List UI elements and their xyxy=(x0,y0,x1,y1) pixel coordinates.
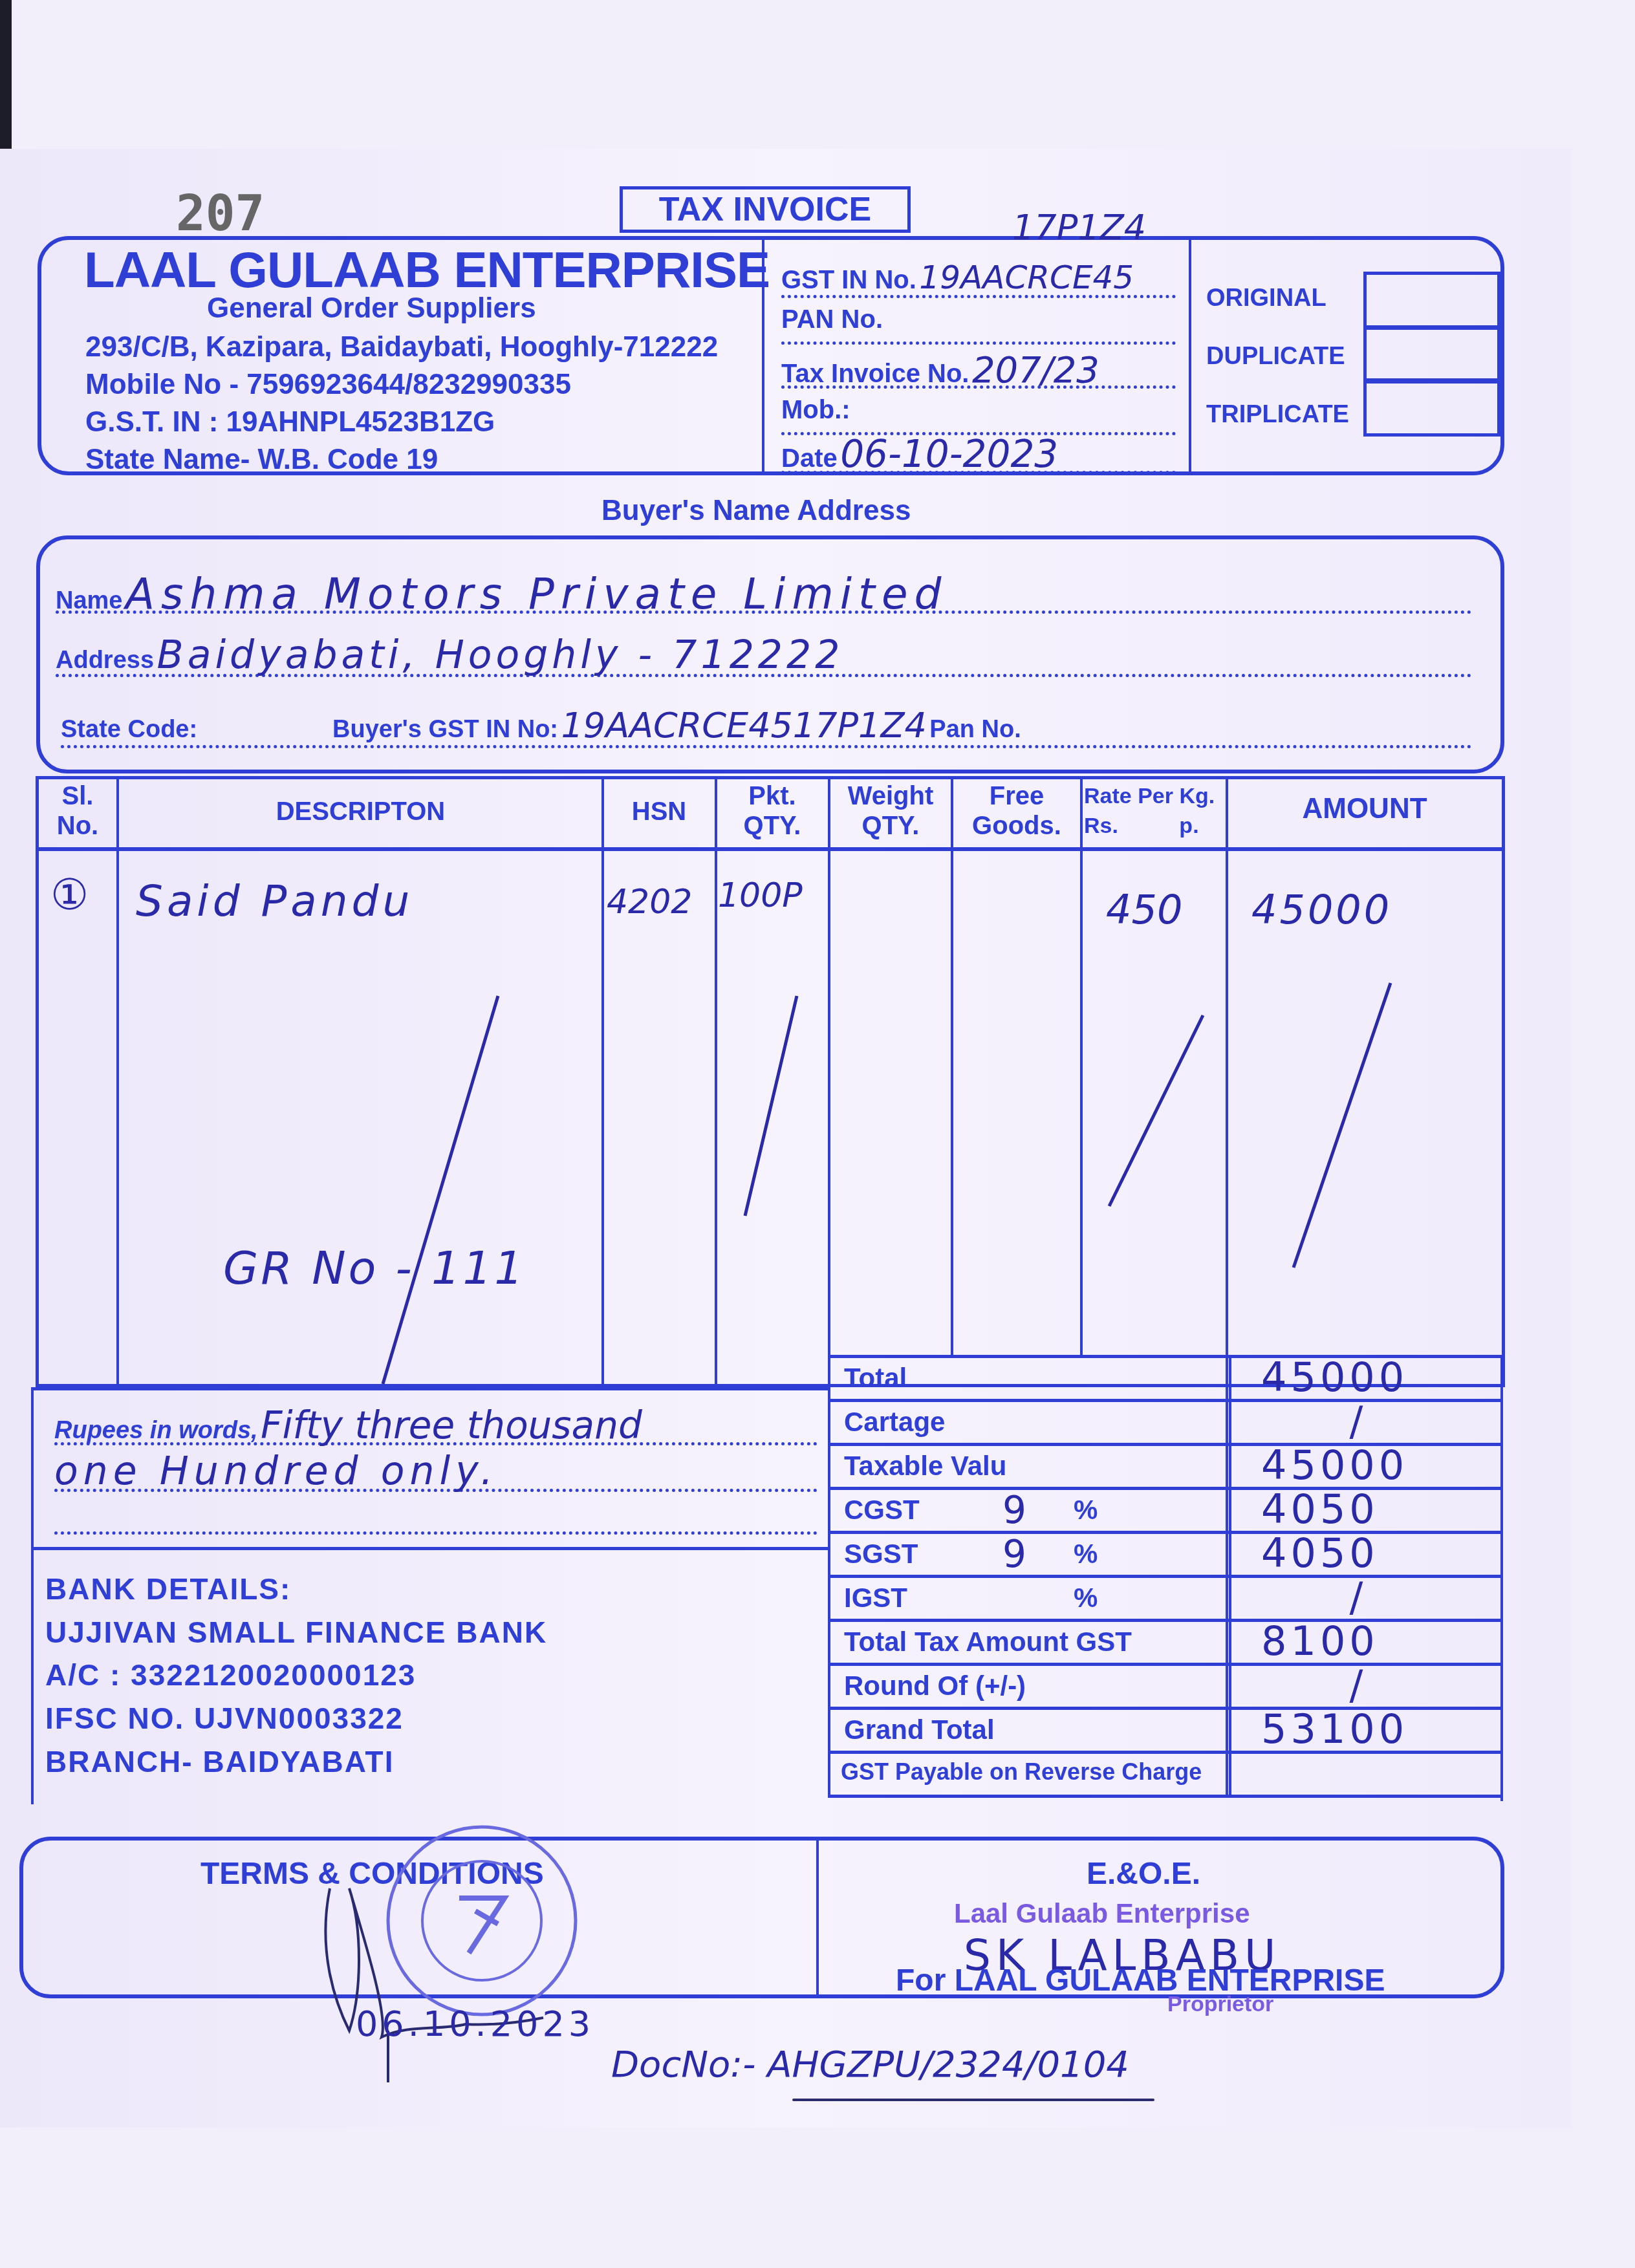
summary-label: Total Tax Amount GST xyxy=(844,1626,1132,1658)
words-left-border xyxy=(31,1387,34,1804)
stamp-company: Laal Gulaab Enterprise xyxy=(954,1898,1250,1929)
bank-heading: BANK DETAILS: xyxy=(45,1571,291,1606)
summary-value: 8100 xyxy=(1242,1617,1494,1665)
summary-label: IGST xyxy=(844,1582,907,1614)
summary-value-divider xyxy=(1229,1355,1231,1795)
summary-right-border xyxy=(1500,1355,1503,1801)
summary-value: 4050 xyxy=(1242,1529,1494,1577)
amount-words-line1: Fifty three thousand xyxy=(261,1403,642,1447)
summary-percent: % xyxy=(1074,1495,1098,1526)
summary-label: Cartage xyxy=(844,1407,945,1438)
bank-account: A/C : 3322120020000123 xyxy=(45,1658,416,1692)
summary-label: GST Payable on Reverse Charge xyxy=(841,1758,1202,1786)
summary-value: 53100 xyxy=(1242,1705,1494,1753)
summary-label: Round Of (+/-) xyxy=(844,1670,1026,1701)
words-bottom-line xyxy=(32,1547,829,1550)
summary-value: 45000 xyxy=(1242,1354,1494,1401)
summary-value: / xyxy=(1242,1573,1475,1621)
doc-number-underline xyxy=(792,2099,1154,2101)
footer-divider xyxy=(816,1839,819,1996)
words-top-line xyxy=(32,1387,829,1390)
document-number: DocNo:- AHGZPU/2324/0104 xyxy=(611,2044,1129,2086)
summary-label: SGST xyxy=(844,1539,918,1570)
bank-name: UJJIVAN SMALL FINANCE BANK xyxy=(45,1615,547,1650)
summary-percent: % xyxy=(1074,1539,1098,1570)
eoe-label: E.&O.E. xyxy=(1087,1856,1200,1892)
amount-words-field[interactable]: Rupees in words, Fifty three thousand xyxy=(54,1403,817,1445)
amount-words-label: Rupees in words, xyxy=(54,1417,258,1444)
summary-label: Grand Total xyxy=(844,1714,995,1745)
bank-ifsc: IFSC NO. UJVN0003322 xyxy=(45,1701,404,1736)
summary-label: Taxable Valu xyxy=(844,1451,1006,1482)
gr-number-note: GR No - 111 xyxy=(223,1242,526,1295)
bank-branch: BRANCH- BAIDYABATI xyxy=(45,1744,394,1779)
summary-bottom-line xyxy=(829,1795,1502,1798)
summary-rate: 9 xyxy=(1002,1488,1026,1532)
summary-label: CGST xyxy=(844,1495,920,1526)
summary-value: 4050 xyxy=(1242,1485,1494,1533)
summary-value: / xyxy=(1242,1398,1475,1445)
stamp-role: Proprietor xyxy=(1167,1992,1273,2017)
amount-words-field-2[interactable]: one Hundred only. xyxy=(54,1449,817,1492)
summary-value: / xyxy=(1242,1661,1475,1709)
summary-row-divider xyxy=(829,1751,1502,1754)
summary-label: Total xyxy=(844,1363,907,1394)
amount-words-field-3[interactable] xyxy=(54,1499,817,1535)
summary-percent: % xyxy=(1074,1582,1098,1614)
summary-rate: 9 xyxy=(1002,1532,1026,1576)
amount-words-line2: one Hundred only. xyxy=(54,1449,498,1494)
for-company: For LAAL GULAAB ENTERPRISE xyxy=(896,1963,1385,1998)
buyer-signature xyxy=(310,1875,589,2089)
receipt-date: 06.10.2023 xyxy=(356,2003,594,2044)
summary-value: 45000 xyxy=(1242,1442,1494,1489)
